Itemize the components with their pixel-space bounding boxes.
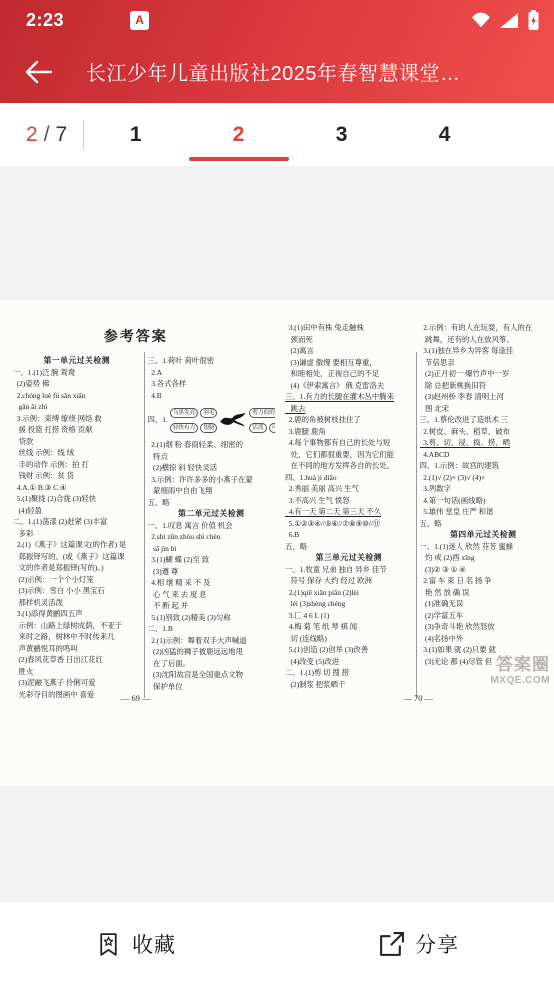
scanned-answer-page[interactable]: 参考答案 第一单元过关检测一、1.(1)泛 腕 鸳鸯 (2)姿势 佛 2.chó…	[0, 300, 554, 786]
answer-line: 五、略	[420, 518, 548, 530]
answer-line: 3.不高兴 生气 愤怒	[285, 495, 413, 507]
answer-line: 示例：山路上绿树成荫，不亚于	[13, 620, 141, 632]
notification-app-icon: A	[130, 11, 149, 30]
answer-line: 处，它们都很重要，因为它们能	[285, 449, 413, 461]
answer-line: 4.相 继 精 采 不 及	[148, 577, 276, 589]
answer-line: 丝线 示例：线 绒	[13, 447, 141, 459]
answer-line: (2)学富五车	[420, 610, 548, 622]
answer-line: 3.(1)如果 就 (2)只要 就	[420, 644, 548, 656]
answer-line: 一、1.叹息 寓言 价值 机会	[148, 520, 276, 532]
page-counter: 2 / 7	[0, 123, 67, 147]
answer-line: 2.鹿的角被树枝挂住了	[285, 414, 413, 426]
answer-line: 2.富 车 束 日 名 扬 争	[420, 575, 548, 587]
answer-line: 2.树皮、麻头、稻草、破布	[420, 426, 548, 438]
answer-line: 2.shì zūn zhòu shì chèn	[148, 531, 276, 543]
page-number-70: — 70 —	[283, 693, 554, 703]
page-nav-bar: 2 / 7 1234	[0, 103, 554, 166]
answer-line: 四、1.示例：故宫的建筑	[420, 460, 548, 472]
answer-line: (2)正月初一 爆竹声中一岁	[420, 368, 548, 380]
section-heading: 第一单元过关检测	[13, 355, 141, 367]
answer-line: 在了后面。	[148, 658, 276, 670]
swallow-icon	[219, 411, 247, 430]
answer-line: 3.(1)独在异乡为异客 每逢佳	[420, 345, 548, 357]
answer-line: 颈而死	[285, 334, 413, 346]
top-red-block: 2:23 A 长江少年儿童出版社2025年春智慧课堂…	[0, 0, 554, 103]
answer-line: 3.示例：许许多多的小燕子在蒙	[148, 474, 276, 486]
answer-line: (4)《伊索寓言》 俄 克雷洛夫	[285, 380, 413, 392]
answer-line: 和睦相处，正视自己的不足	[285, 368, 413, 380]
answer-line: 3.(1)田中有株 兔走触株	[285, 322, 413, 334]
answer-line: 多彩	[13, 528, 141, 540]
answer-line: 5.(1)创造 (2)创举 (3)改善	[285, 644, 413, 656]
answer-line: 5.①②③④//⑤⑥//⑦⑧⑨⑩//⑪	[285, 518, 413, 530]
answer-line: 跳舞，还有的人在放风筝。	[420, 334, 548, 346]
app-header: 长江少年儿童出版社2025年春智慧课堂…	[0, 40, 554, 103]
answer-line: 灼 戒 (2)酉 xǐng	[420, 552, 548, 564]
answer-line: (3)遵 尊	[148, 566, 276, 578]
answer-line: 5.雄伟 堂皇 庄严 和谐	[420, 506, 548, 518]
swallow-diagram: 四、1.乌黑发亮羽毛轻快有力翅膀剪刀似的尾巴活泼可爱	[148, 403, 276, 437]
answer-line: 符号 保存 大约 经过 欧洲	[285, 575, 413, 587]
answer-line: (3)示例：雪白 小小 黑宝石	[13, 585, 141, 597]
answer-line: 援 投篮 打捞 资格 贡献	[13, 424, 141, 436]
section-heading: 第四单元过关检测	[420, 529, 548, 541]
answer-line: 2.A	[148, 367, 276, 379]
answer-line: 4.B	[148, 390, 276, 402]
answer-line: 心 气 来 去 度 息	[148, 589, 276, 601]
answer-line: (3)泥融飞燕子 伶俐可爱	[13, 677, 141, 689]
answer-line: 艳 然 放 确 误	[420, 587, 548, 599]
page-title: 长江少年儿童出版社2025年春智慧课堂…	[86, 57, 461, 86]
answer-line: 三、1.蔡伦改进了造纸术 三	[420, 414, 548, 426]
answer-line: 3.各式各样	[148, 378, 276, 390]
answer-line: 胜火	[13, 666, 141, 678]
answer-line: (4)名扬中外	[420, 633, 548, 645]
answer-columns: 第一单元过关检测一、1.(1)泛 腕 鸳鸯 (2)姿势 佛 2.chóng lu…	[13, 322, 547, 706]
answer-line: (3)谦虚 傲慢 要相互尊重，	[285, 357, 413, 369]
answer-line: 5.(1)别致 (2)精美 (3)匀称	[148, 612, 276, 624]
column-divider	[144, 352, 145, 698]
answer-column-4: 2.示例：有的人在玩耍，有人的在 跳舞，还有的人在放风筝。 3.(1)独在异乡为…	[420, 322, 548, 706]
answer-line: 特点	[148, 451, 276, 463]
answer-line: 三、1.有力的长腿在灌木丛中腾来	[285, 391, 413, 403]
answer-line: 4.每个事物都有自己的长处与短	[285, 437, 413, 449]
answer-line: (3)争奇斗艳 欣然怒放	[420, 621, 548, 633]
answer-line: 来时之路，树林中不时传来几	[13, 631, 141, 643]
answer-line: 2.示例：有的人在玩耍，有人的在	[420, 322, 548, 334]
answer-line: 跳去	[285, 403, 413, 415]
answer-column-1: 第一单元过关检测一、1.(1)泛 腕 鸳鸯 (2)姿势 佛 2.chóng lu…	[13, 322, 141, 706]
back-button[interactable]	[18, 52, 58, 92]
wifi-icon	[471, 12, 491, 28]
answer-line: 3.鹿腿 鹿角	[285, 426, 413, 438]
answer-line: 2.(1)示例：舞着双手大声喊道	[148, 635, 276, 647]
answer-line: 切 (连线略)	[285, 633, 413, 645]
answer-line: (4)轻盈	[13, 505, 141, 517]
answer-line: 贷款	[13, 436, 141, 448]
answer-line: 4.A.① B.③ C.④	[13, 482, 141, 494]
answer-line: 节倍思亲	[420, 357, 548, 369]
answer-line: 三、1.荷叶 荷叶很密	[148, 355, 276, 367]
answer-line: (2)寓言	[285, 345, 413, 357]
bottom-action-bar: 收藏 分享	[0, 901, 554, 985]
answer-line: 二、1.(1)剪 切 搜 捞	[285, 667, 413, 679]
answer-line: 一、1.(1)泛 腕 鸳鸯	[13, 367, 141, 379]
tab-page-1[interactable]: 1	[84, 103, 187, 166]
back-arrow-icon	[24, 59, 52, 85]
answer-line: 2.(1)√ (2)× (3)√ (4)×	[420, 472, 548, 484]
answer-line: 一、1.牧童 兄弟 独自 异乡 佳节	[285, 564, 413, 576]
answer-line: 文的作者是郑振铎(写的)。)	[13, 562, 141, 574]
answer-line: 图 北宋	[420, 403, 548, 415]
share-button[interactable]: 分享	[378, 929, 459, 959]
left-page: 第一单元过关检测一、1.(1)泛 腕 鸳鸯 (2)姿势 佛 2.chóng lu…	[13, 322, 275, 706]
answer-line: 2.(1)烟 粉 春雨轻柔、细密的	[148, 439, 276, 451]
answer-line: 五、略	[148, 497, 276, 509]
answer-line: 3.剪、切、浸、捣、捞、晒	[420, 437, 548, 449]
answer-line: léi (3)shèng chéng	[285, 598, 413, 610]
answer-line: (3)无论 都 (4)尽管 但	[420, 656, 548, 668]
answer-line: (2)春风花草香 日出江花红	[13, 654, 141, 666]
answer-line: 那样机灵活泼	[13, 597, 141, 609]
battery-charging-icon	[527, 10, 540, 31]
answer-line: sā jìn bì	[148, 543, 276, 555]
column-divider	[416, 352, 417, 698]
status-bar: 2:23 A	[0, 0, 554, 40]
answer-column-3: 3.(1)田中有株 兔走触株 颈而死 (2)寓言 (3)谦虚 傲慢 要相互尊重，…	[285, 322, 413, 706]
answer-line: 二、1.(1)荡漾 (2)赶紧 (3)丰富	[13, 516, 141, 528]
answer-line: 6.B	[285, 529, 413, 541]
answer-line: 保护单位	[148, 681, 276, 693]
total-pages: 7	[56, 123, 68, 147]
answer-line: (2)示例：一个个小灯笼	[13, 574, 141, 586]
document-viewer[interactable]: 参考答案 第一单元过关检测一、1.(1)泛 腕 鸳鸯 (2)姿势 佛 2.chó…	[0, 166, 554, 901]
cellular-signal-icon	[500, 13, 518, 28]
answer-line: 3.列数字	[420, 483, 548, 495]
answer-line: 4.ABCD	[420, 449, 548, 461]
right-page: 3.(1)田中有株 兔走触株 颈而死 (2)寓言 (3)谦虚 傲慢 要相互尊重，…	[285, 322, 547, 706]
answer-line: 声黄鹂悦耳的鸣叫	[13, 643, 141, 655]
answer-line: 4.有一天 第二天 第三天 不久	[285, 506, 413, 518]
answer-line: 3.匚 4 6 L (1)	[285, 610, 413, 622]
answer-line: (3)沈阳故宫是全国重点文物	[148, 669, 276, 681]
current-page-number: 2	[26, 123, 38, 147]
answer-line: 四、1.huà jì diāo	[285, 472, 413, 484]
answer-line: 不 断 起 并	[148, 600, 276, 612]
answer-line: (2)制浆 把浆晒干	[285, 679, 413, 691]
answer-line: 一、1.(1)迷人 欣然 芬芳 蜜蜂	[420, 541, 548, 553]
answer-line: 蒙细雨中自由飞翔	[148, 485, 276, 497]
answer-line: 4.梅 菊 笔 纸 琴 棋 闻	[285, 621, 413, 633]
answer-line: 2.(1)qiē xiān piān (2)lèi	[285, 587, 413, 599]
answer-line: (3)赵州桥 李春 清明上河	[420, 391, 548, 403]
share-icon	[378, 931, 405, 958]
page-counter-separator: /	[44, 123, 50, 147]
answer-line: (2)横掠 斜 轻快灵活	[148, 462, 276, 474]
answer-line: 3.(1)蝴 蝶 (2)至 致	[148, 554, 276, 566]
answer-line: 2.秀丽 美丽 高兴 生气	[285, 483, 413, 495]
answer-line: 钱财 示例：贫 货	[13, 470, 141, 482]
share-label: 分享	[415, 929, 459, 959]
answer-line: (2)姿势 佛	[13, 378, 141, 390]
favorite-button[interactable]: 收藏	[95, 929, 176, 959]
answer-line: 3.示例：束缚 缭绕 网络 救	[13, 413, 141, 425]
answer-line: 在不同的地方发挥各自的长处。	[285, 460, 413, 472]
page-number-69: — 69 —	[0, 693, 271, 703]
answer-line: 除 总把新桃换旧符	[420, 380, 548, 392]
answer-line: 手的动作 示例：拍 打	[13, 459, 141, 471]
answer-line: 5.(1)聚拢 (2)合拢 (3)轻快	[13, 493, 141, 505]
section-heading: 第三单元过关检测	[285, 552, 413, 564]
tab-page-4[interactable]: 4	[393, 103, 496, 166]
page-tabs: 1234	[84, 103, 496, 166]
section-heading: 第二单元过关检测	[148, 508, 276, 520]
answer-line: 4.第一句话(画线略)	[420, 495, 548, 507]
clock: 2:23	[26, 10, 64, 31]
answer-line: (3)② ③ ① ④	[420, 564, 548, 576]
answer-line: (1)准确无误	[420, 598, 548, 610]
answer-line: 3.(1)添得黄鹂四五声	[13, 608, 141, 620]
favorite-label: 收藏	[132, 929, 176, 959]
tab-page-3[interactable]: 3	[290, 103, 393, 166]
answer-line: gǎn ǎi zhì	[13, 401, 141, 413]
answer-line: 五、略	[285, 541, 413, 553]
answer-line: (4)改变 (5)改进	[285, 656, 413, 668]
bookmark-star-icon	[95, 931, 122, 958]
answer-column-2: 三、1.荷叶 荷叶很密 2.A 3.各式各样 4.B四、1.乌黑发亮羽毛轻快有力…	[148, 322, 276, 706]
answer-line: 二、1.B	[148, 623, 276, 635]
answer-line: (2)凶猛的狮子被鹿远远地甩	[148, 646, 276, 658]
tab-page-2[interactable]: 2	[187, 103, 290, 166]
answer-line: 郑振铎写的。(或《燕子》这篇课	[13, 551, 141, 563]
answer-line: 2.(1)《燕子》这篇课文(的作者) 是	[13, 539, 141, 551]
answer-line: 2.chóng luè fú sǎn xiān	[13, 390, 141, 402]
